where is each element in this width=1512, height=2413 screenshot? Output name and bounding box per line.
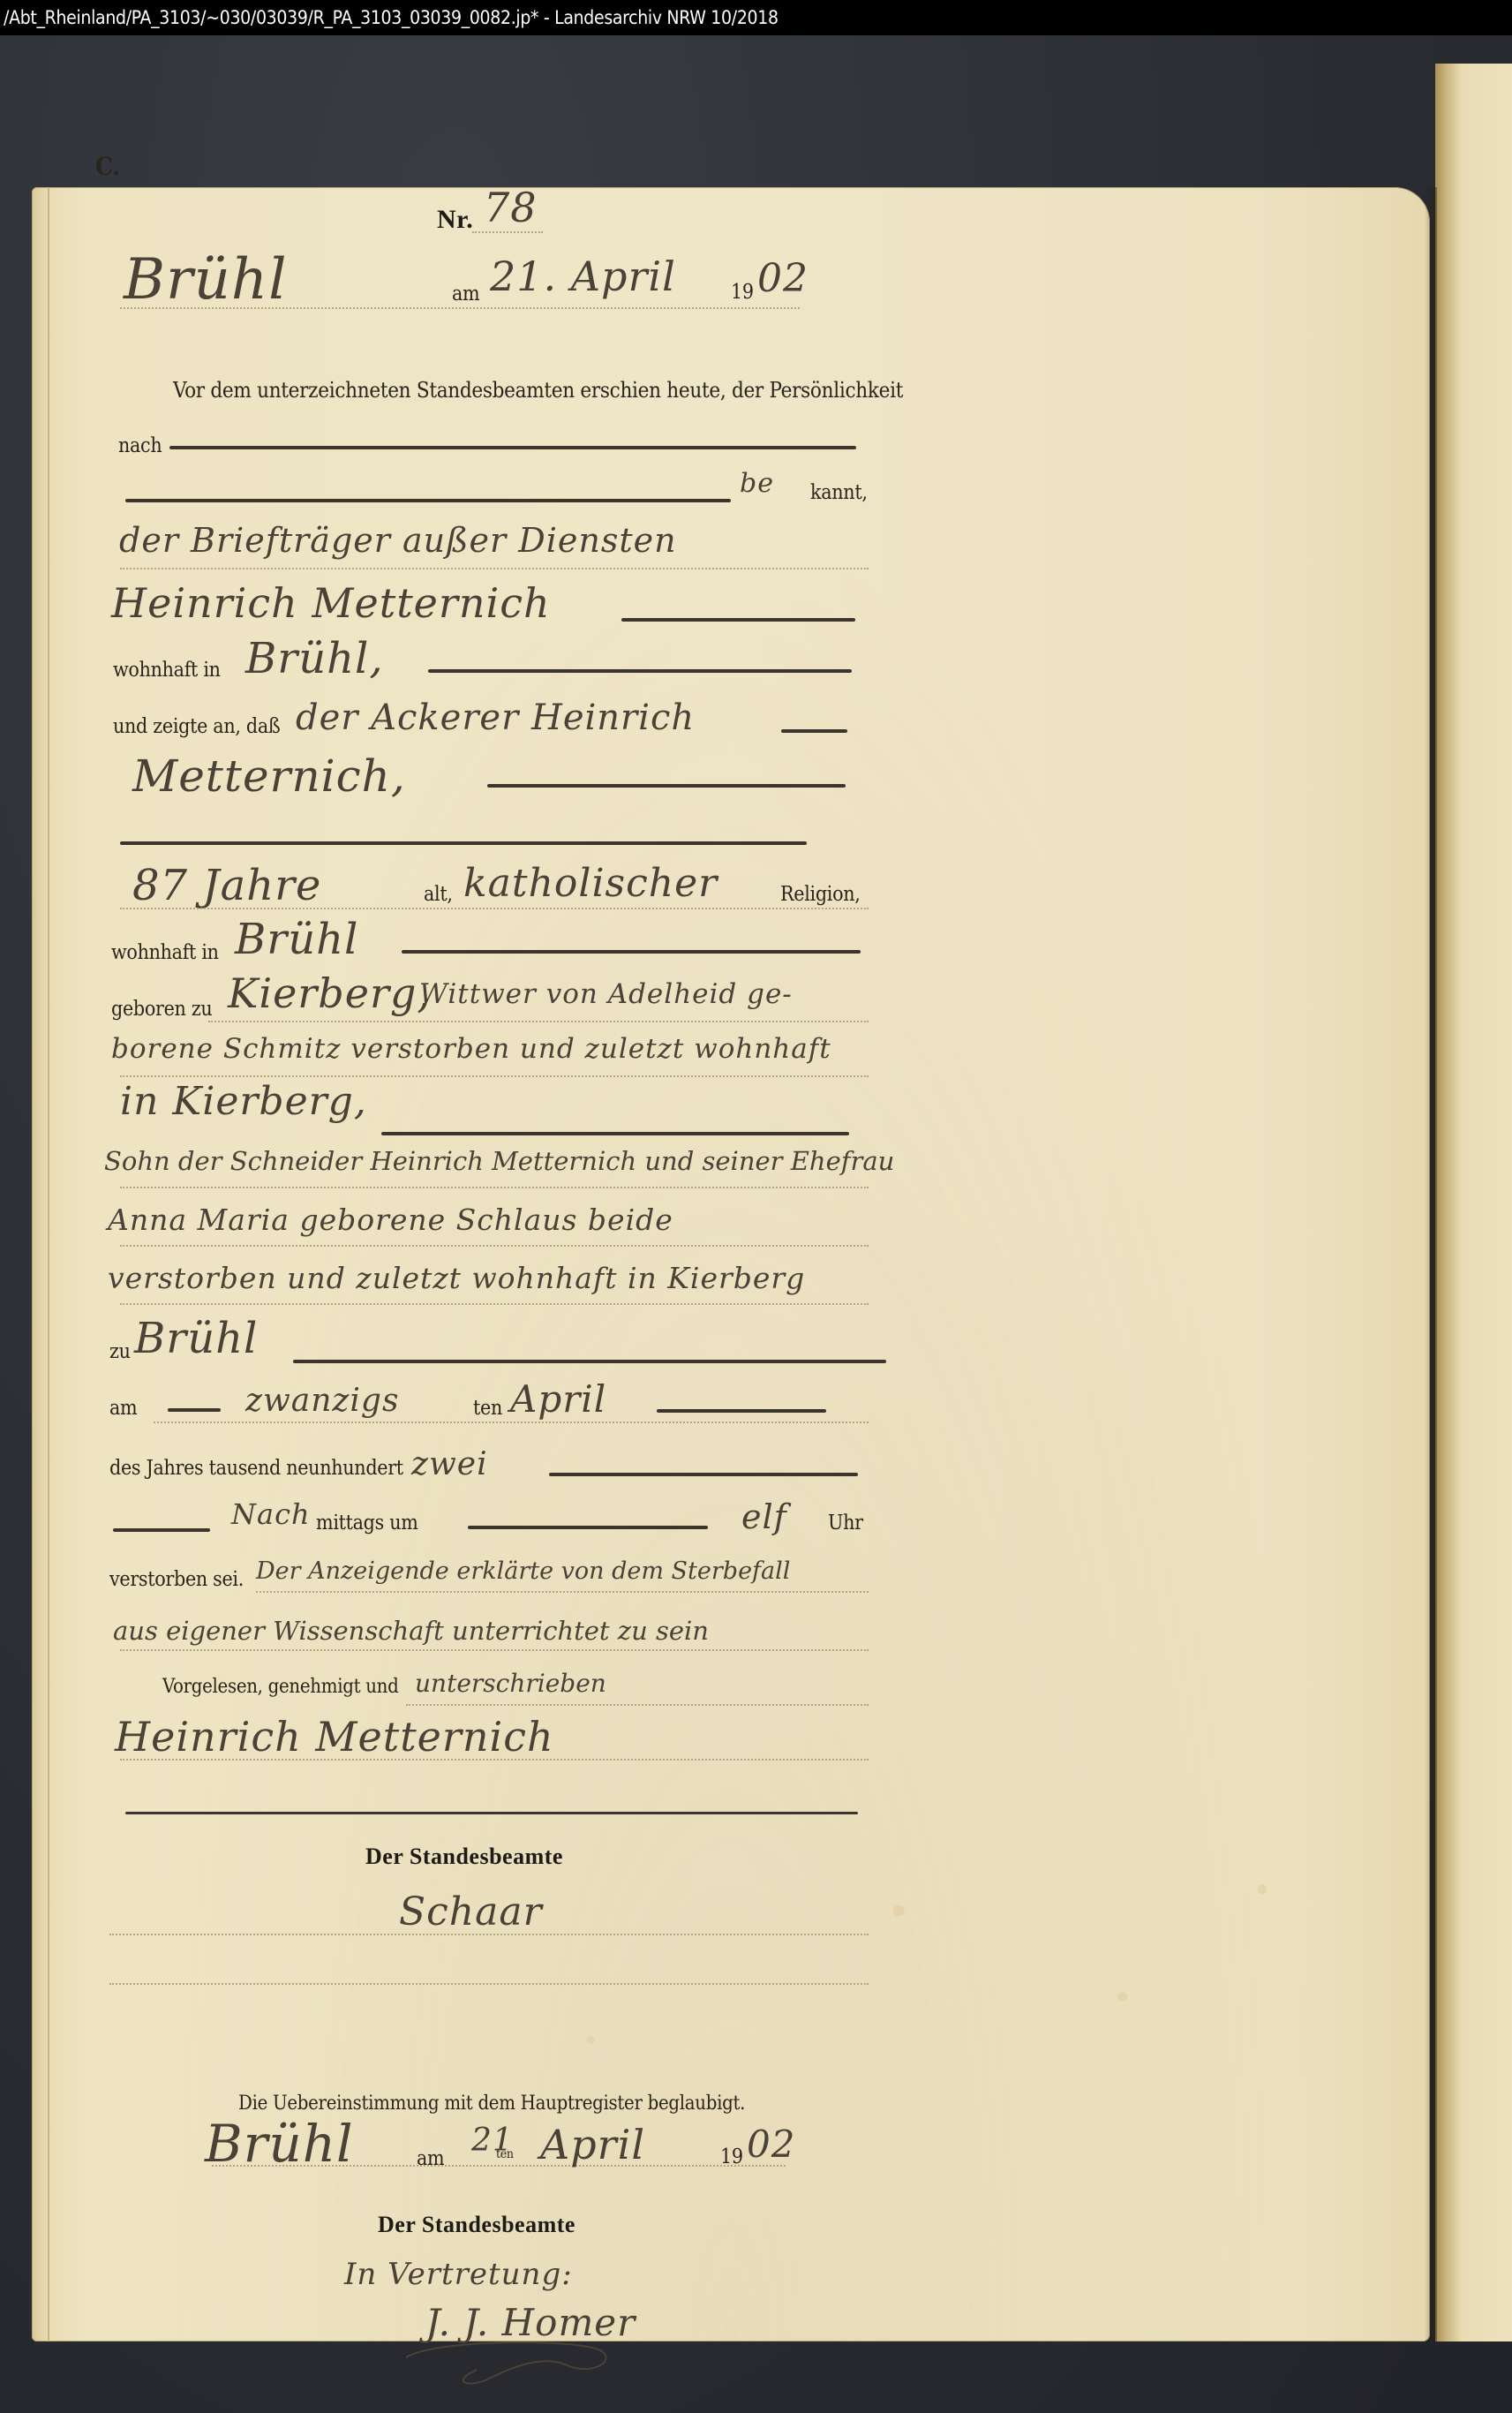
death-time-rule (468, 1526, 708, 1529)
cert-registrar-title: Der Standesbeamte (378, 2212, 575, 2238)
record-number-dots (472, 231, 543, 233)
dots-line (154, 1421, 869, 1423)
informant-residence-rule (428, 669, 852, 673)
declared-rule (781, 729, 847, 733)
death-day-suffix: ten (473, 1397, 502, 1420)
deceased-residence-rule (402, 950, 861, 954)
death-year-rule (549, 1473, 858, 1476)
death-place-label: zu (109, 1340, 131, 1363)
adjacent-page-edge (1435, 64, 1512, 2341)
death-day-rule (168, 1408, 221, 1412)
declared-label: und zeigte an, daß (113, 715, 280, 738)
death-place-rule (293, 1360, 886, 1363)
bekannt-rule (125, 499, 731, 502)
nach-rule (169, 446, 856, 449)
read-label: Vorgelesen, genehmigt und (162, 1676, 399, 1698)
died-label: verstorben sei. (109, 1568, 244, 1591)
deceased-surname: Metternich, (132, 750, 406, 802)
informant-residence-label: wohnhaft in (113, 659, 221, 682)
dots-line (120, 1245, 869, 1247)
window-title: /Abt_Rheinland/PA_3103/~030/03039/R_PA_3… (4, 7, 779, 28)
birthplace: Kierberg, (228, 969, 431, 1017)
dots-line (120, 568, 869, 569)
header-dots (120, 307, 800, 309)
details-rule (381, 1132, 849, 1135)
form-letter: C. (95, 152, 120, 181)
intro-text: Vor dem unterzeichneten Standesbeamten e… (173, 378, 903, 403)
dots-line (120, 1649, 869, 1651)
deceased-intro: der Ackerer Heinrich (296, 698, 695, 738)
remark-line-1: Der Anzeigende erklärte von dem Sterbefa… (256, 1557, 790, 1585)
window-title-bar: /Abt_Rheinland/PA_3103/~030/03039/R_PA_3… (0, 0, 1512, 35)
death-hour: elf (741, 1497, 787, 1536)
cert-deputy: In Vertretung: (344, 2257, 573, 2292)
death-place: Brühl (134, 1314, 258, 1363)
signature-rule (125, 1812, 858, 1814)
cert-date-prefix: am (417, 2147, 444, 2170)
dots-line (120, 908, 869, 909)
dots-line (109, 1983, 869, 1985)
religion: katholischer (463, 861, 718, 906)
separator-rule (120, 841, 807, 845)
cert-day-suffix: ten (496, 2147, 514, 2161)
nach-label: nach (118, 434, 162, 457)
deceased-residence: Brühl (235, 915, 358, 964)
birth-label: geboren zu (111, 998, 212, 1021)
bekannt-label: kannt, (810, 481, 868, 504)
header-year-prefix: 19 (731, 281, 754, 304)
parents-line-1: Sohn der Schneider Heinrich Metternich u… (104, 1146, 894, 1176)
death-hour-label: Uhr (828, 1512, 863, 1535)
cert-year-suffix: 02 (747, 2123, 795, 2166)
death-month-rule (657, 1409, 826, 1413)
remark-line-2: aus eigener Wissenschaft unterrichtet zu… (113, 1616, 709, 1646)
informant-name: Heinrich Metternich (111, 579, 551, 627)
cert-year-prefix: 19 (720, 2145, 743, 2168)
informant-signature: Heinrich Metternich (115, 1713, 554, 1761)
gutter-shadow (1425, 187, 1437, 2341)
age: 87 Jahre (132, 861, 321, 910)
signature-flourish (397, 2331, 618, 2393)
dots-line (406, 1704, 869, 1706)
dots-line (208, 1021, 869, 1022)
registrar-signature: Schaar (399, 1889, 543, 1934)
details-line-3: in Kierberg, (120, 1079, 367, 1124)
details-line-2: borene Schmitz verstorben und zuletzt wo… (111, 1033, 831, 1065)
header-date: 21. April (490, 253, 676, 300)
dots-line (109, 1934, 869, 1935)
death-time-prefix: Nach (231, 1497, 311, 1531)
death-day: zwanzigs (245, 1383, 399, 1419)
deceased-residence-label: wohnhaft in (111, 941, 219, 964)
details-line-1: Wittwer von Adelheid ge- (419, 978, 793, 1010)
cert-month: April (540, 2121, 645, 2168)
dots-line (256, 1591, 869, 1593)
header-date-prefix: am (452, 283, 479, 305)
age-label: alt, (424, 883, 453, 906)
dots-line (120, 1187, 869, 1188)
informant-residence: Brühl, (245, 634, 384, 683)
parents-line-2: Anna Maria geborene Schlaus beide (108, 1203, 673, 1237)
time-prefix-rule (113, 1528, 210, 1532)
read-hand: unterschrieben (415, 1669, 606, 1698)
dots-line (120, 1303, 869, 1305)
record-number: 78 (484, 184, 538, 231)
dots-line (120, 1759, 869, 1761)
registrar-title: Der Standesbeamte (365, 1844, 563, 1870)
death-year: zwei (411, 1446, 488, 1482)
header-place: Brühl (124, 247, 288, 313)
death-time-label: mittags um (316, 1512, 418, 1535)
death-month: April (510, 1377, 606, 1421)
death-year-label: des Jahres tausend neunhundert (109, 1457, 403, 1480)
bekannt-hand: be (740, 468, 774, 499)
certification-text: Die Uebereinstimmung mit dem Hauptregist… (238, 2093, 745, 2115)
religion-label: Religion, (780, 883, 861, 906)
cert-dots (212, 2165, 786, 2167)
parents-line-3: verstorben und zuletzt wohnhaft in Kierb… (108, 1261, 805, 1295)
death-day-label: am (109, 1397, 137, 1420)
record-number-label: Nr. (437, 205, 473, 235)
dots-line (120, 1075, 869, 1077)
header-year-suffix: 02 (757, 256, 809, 301)
informant-name-rule (621, 618, 855, 622)
informant-occupation: der Briefträger außer Diensten (119, 521, 677, 560)
deceased-surname-rule (487, 784, 846, 788)
